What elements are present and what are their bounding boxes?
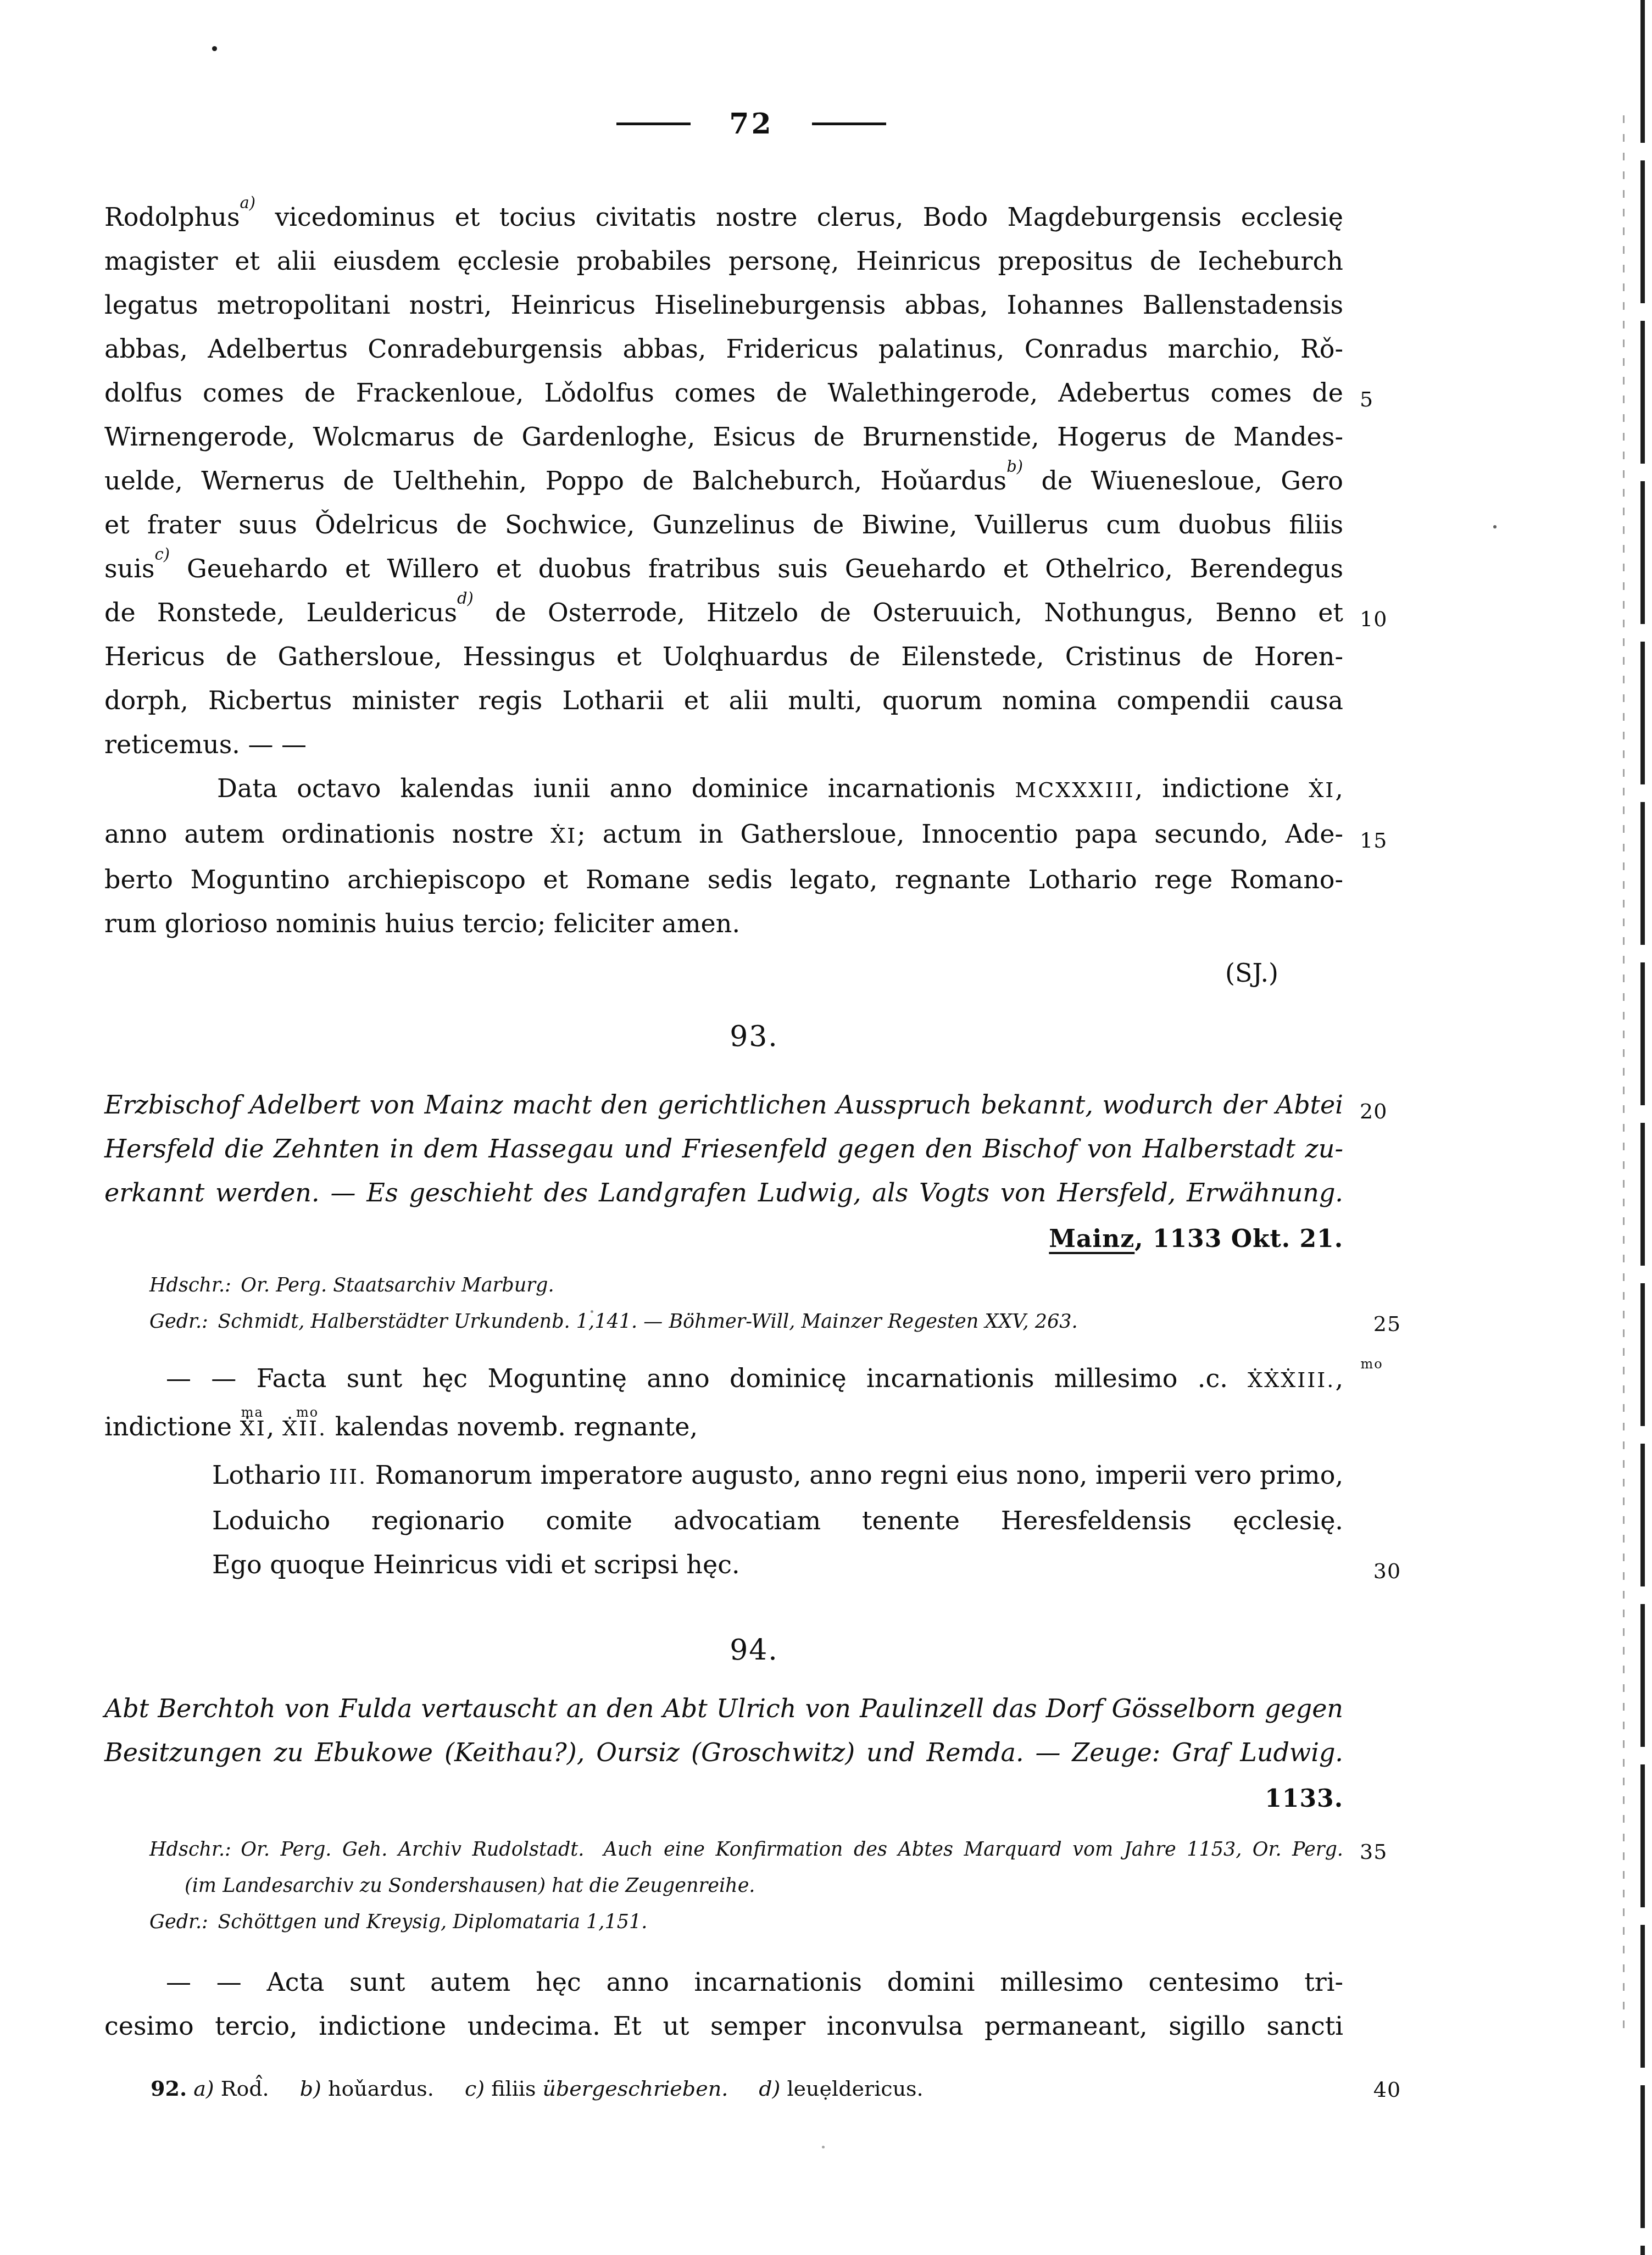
page-number-rule-left [616, 123, 691, 125]
doc-94-sources: Hdschr.: Or. Perg. Geh. Archiv Rudolstad… [104, 1831, 1343, 1940]
doc-94-number: 94. [104, 1625, 1343, 1675]
doc-93-sources-line: Gedr.: Schmidt, Halberstädter Urkundenb.… [104, 1304, 1343, 1340]
doc-93-summary-line: Hersfeld die Zehnten in dem Hassegau und… [104, 1127, 1343, 1171]
doc-92-text-line: dolfus comes de Frackenloue, Lǒdolfus co… [104, 371, 1343, 415]
doc-94-dateline: 1133. [104, 1778, 1343, 1820]
margin-line-number: 5 [1360, 377, 1415, 421]
doc-92-text-line: uelde, Wernerus de Uelthehin, Poppo de B… [104, 459, 1343, 503]
doc-92-text-line: Wirnengerode, Wolcmarus de Gardenloghe, … [104, 415, 1343, 459]
doc-93-text-line: Loduicho regionario comite advocatiam te… [104, 1499, 1343, 1543]
doc-92-text: Rodolphusa) vicedominus et tocius civita… [104, 195, 1343, 766]
doc-92-notary-mark-line: (SJ.) [104, 951, 1343, 995]
doc-92-text-line: de Ronstede, Leuldericusd) de Osterrode,… [104, 591, 1343, 634]
document-blocks: Rodolphusa) vicedominus et tocius civita… [104, 195, 1343, 2106]
doc-93-text-line: Ego quoque Heinricus vidi et scripsi hęc… [104, 1543, 1343, 1586]
footnote-ref: b) [1006, 457, 1023, 476]
doc-93-sources-line: Hdschr.: Or. Perg. Staatsarchiv Marburg. [104, 1267, 1343, 1304]
margin-line-number: 10 [1360, 597, 1415, 641]
page-header: 72 [132, 107, 1371, 140]
scan-artifact-fold-line [1623, 115, 1625, 2038]
page-number-rule-right [812, 123, 886, 125]
doc-94-number-line: 94. [135, 1625, 1373, 1675]
doc-92-text-line: legatus metropolitani nostri, Heinricus … [104, 283, 1343, 327]
footnotes-doc-92-line: 92. a) Rod̂.b) hoǔardus.c) filiis überge… [104, 2071, 1343, 2106]
margin-line-number: 30 [1360, 1549, 1415, 1593]
doc-92-text-line: Hericus de Gathersloue, Hessingus et Uol… [104, 634, 1343, 678]
doc-92-dating-line: anno autem ordinationis nostre ẊI; actu… [104, 812, 1343, 858]
doc-93-text-line: Lothario III. Romanorum imperatore augus… [104, 1453, 1343, 1499]
margin-line-number: 25 [1360, 1306, 1415, 1342]
scan-speck [1493, 525, 1497, 528]
doc-92-text-line: reticemus. — — [104, 722, 1343, 766]
doc-93-number-line: 93. [135, 1011, 1373, 1062]
doc-92-text-line: dorph, Ricbertus minister regis Lotharii… [104, 678, 1343, 722]
doc-92-text-line: suisc) Geuehardo et Willero et duobus fr… [104, 547, 1343, 591]
doc-94-text: — — Acta sunt autem hęc anno incarnation… [104, 1960, 1343, 2048]
doc-93-text-line: indictione ẊIma, ẊII.mo kalendas novem… [104, 1405, 1343, 1453]
doc-93-sources: Hdschr.: Or. Perg. Staatsarchiv Marburg.… [104, 1267, 1343, 1340]
doc-94-sources-line: (im Landesarchiv zu Sondershausen) hat d… [104, 1868, 1343, 1904]
doc-92-dating: Data octavo kalendas iunii anno dominice… [104, 766, 1343, 945]
doc-93-dateline: Mainz, 1133 Okt. 21. [104, 1218, 1343, 1261]
doc-92-text-line: magister et alii eiusdem ęcclesie probab… [104, 239, 1343, 283]
doc-92-text-line: abbas, Adelbertus Conradeburgensis abbas… [104, 327, 1343, 371]
doc-93-dateline-line: Mainz, 1133 Okt. 21. [104, 1218, 1343, 1261]
doc-94-sources-line: Gedr.: Schöttgen und Kreysig, Diplomatar… [104, 1904, 1343, 1940]
margin-line-number: 20 [1360, 1089, 1415, 1133]
doc-92-notary-mark: (SJ.) [104, 951, 1343, 995]
doc-94-text-line: cesimo tercio, indictione undecima. Et u… [104, 2004, 1343, 2048]
scan-artifact-edge-line [1640, 0, 1645, 2255]
doc-94-text-line: — — Acta sunt autem hęc anno incarnation… [104, 1960, 1343, 2004]
margin-line-number: 40 [1360, 2072, 1415, 2107]
doc-93-text: — — Facta sunt hęc Moguntinę anno domini… [104, 1356, 1343, 1586]
doc-92-text-line: et frater suus Ǒdelricus de Sochwice, Gu… [104, 503, 1343, 547]
doc-93-number: 93. [104, 1011, 1343, 1062]
book-page: 72 Rodolphusa) vicedominus et tocius civ… [0, 0, 1652, 2255]
doc-93-summary-line: Erzbischof Adelbert von Mainz macht den … [104, 1083, 1343, 1127]
doc-93-summary-line: erkannt werden. — Es geschieht des Landg… [104, 1171, 1343, 1215]
doc-94-summary-line: Besitzungen zu Ebukowe (Keithau?), Oursi… [104, 1730, 1343, 1774]
footnotes-doc-92: 92. a) Rod̂.b) hoǔardus.c) filiis überge… [104, 2071, 1343, 2106]
doc-92-text-line: Rodolphusa) vicedominus et tocius civita… [104, 195, 1343, 239]
doc-93-text-line: — — Facta sunt hęc Moguntinę anno domini… [104, 1356, 1343, 1405]
margin-line-number: 35 [1360, 1834, 1415, 1870]
doc-94-sources-line: Hdschr.: Or. Perg. Geh. Archiv Rudolstad… [104, 1831, 1343, 1868]
doc-94-summary-line: Abt Berchtoh von Fulda vertauscht an den… [104, 1686, 1343, 1730]
doc-94-dateline-line: 1133. [104, 1778, 1343, 1820]
footnote-ref: a) [240, 193, 256, 212]
page-number: 72 [729, 107, 773, 141]
text-column: 72 Rodolphusa) vicedominus et tocius civ… [104, 0, 1343, 2106]
footnote-ref: c) [155, 545, 170, 564]
scan-speck [822, 2146, 825, 2148]
doc-93-summary: Erzbischof Adelbert von Mainz macht den … [104, 1083, 1343, 1215]
margin-line-number: 15 [1360, 819, 1415, 862]
footnote-ref: d) [457, 589, 474, 608]
doc-92-dating-line: berto Moguntino archiepiscopo et Romane … [104, 858, 1343, 901]
doc-92-dating-line: Data octavo kalendas iunii anno dominice… [104, 766, 1343, 812]
doc-92-dating-line: rum glorioso nominis huius tercio; felic… [104, 901, 1343, 945]
doc-94-summary: Abt Berchtoh von Fulda vertauscht an den… [104, 1686, 1343, 1774]
